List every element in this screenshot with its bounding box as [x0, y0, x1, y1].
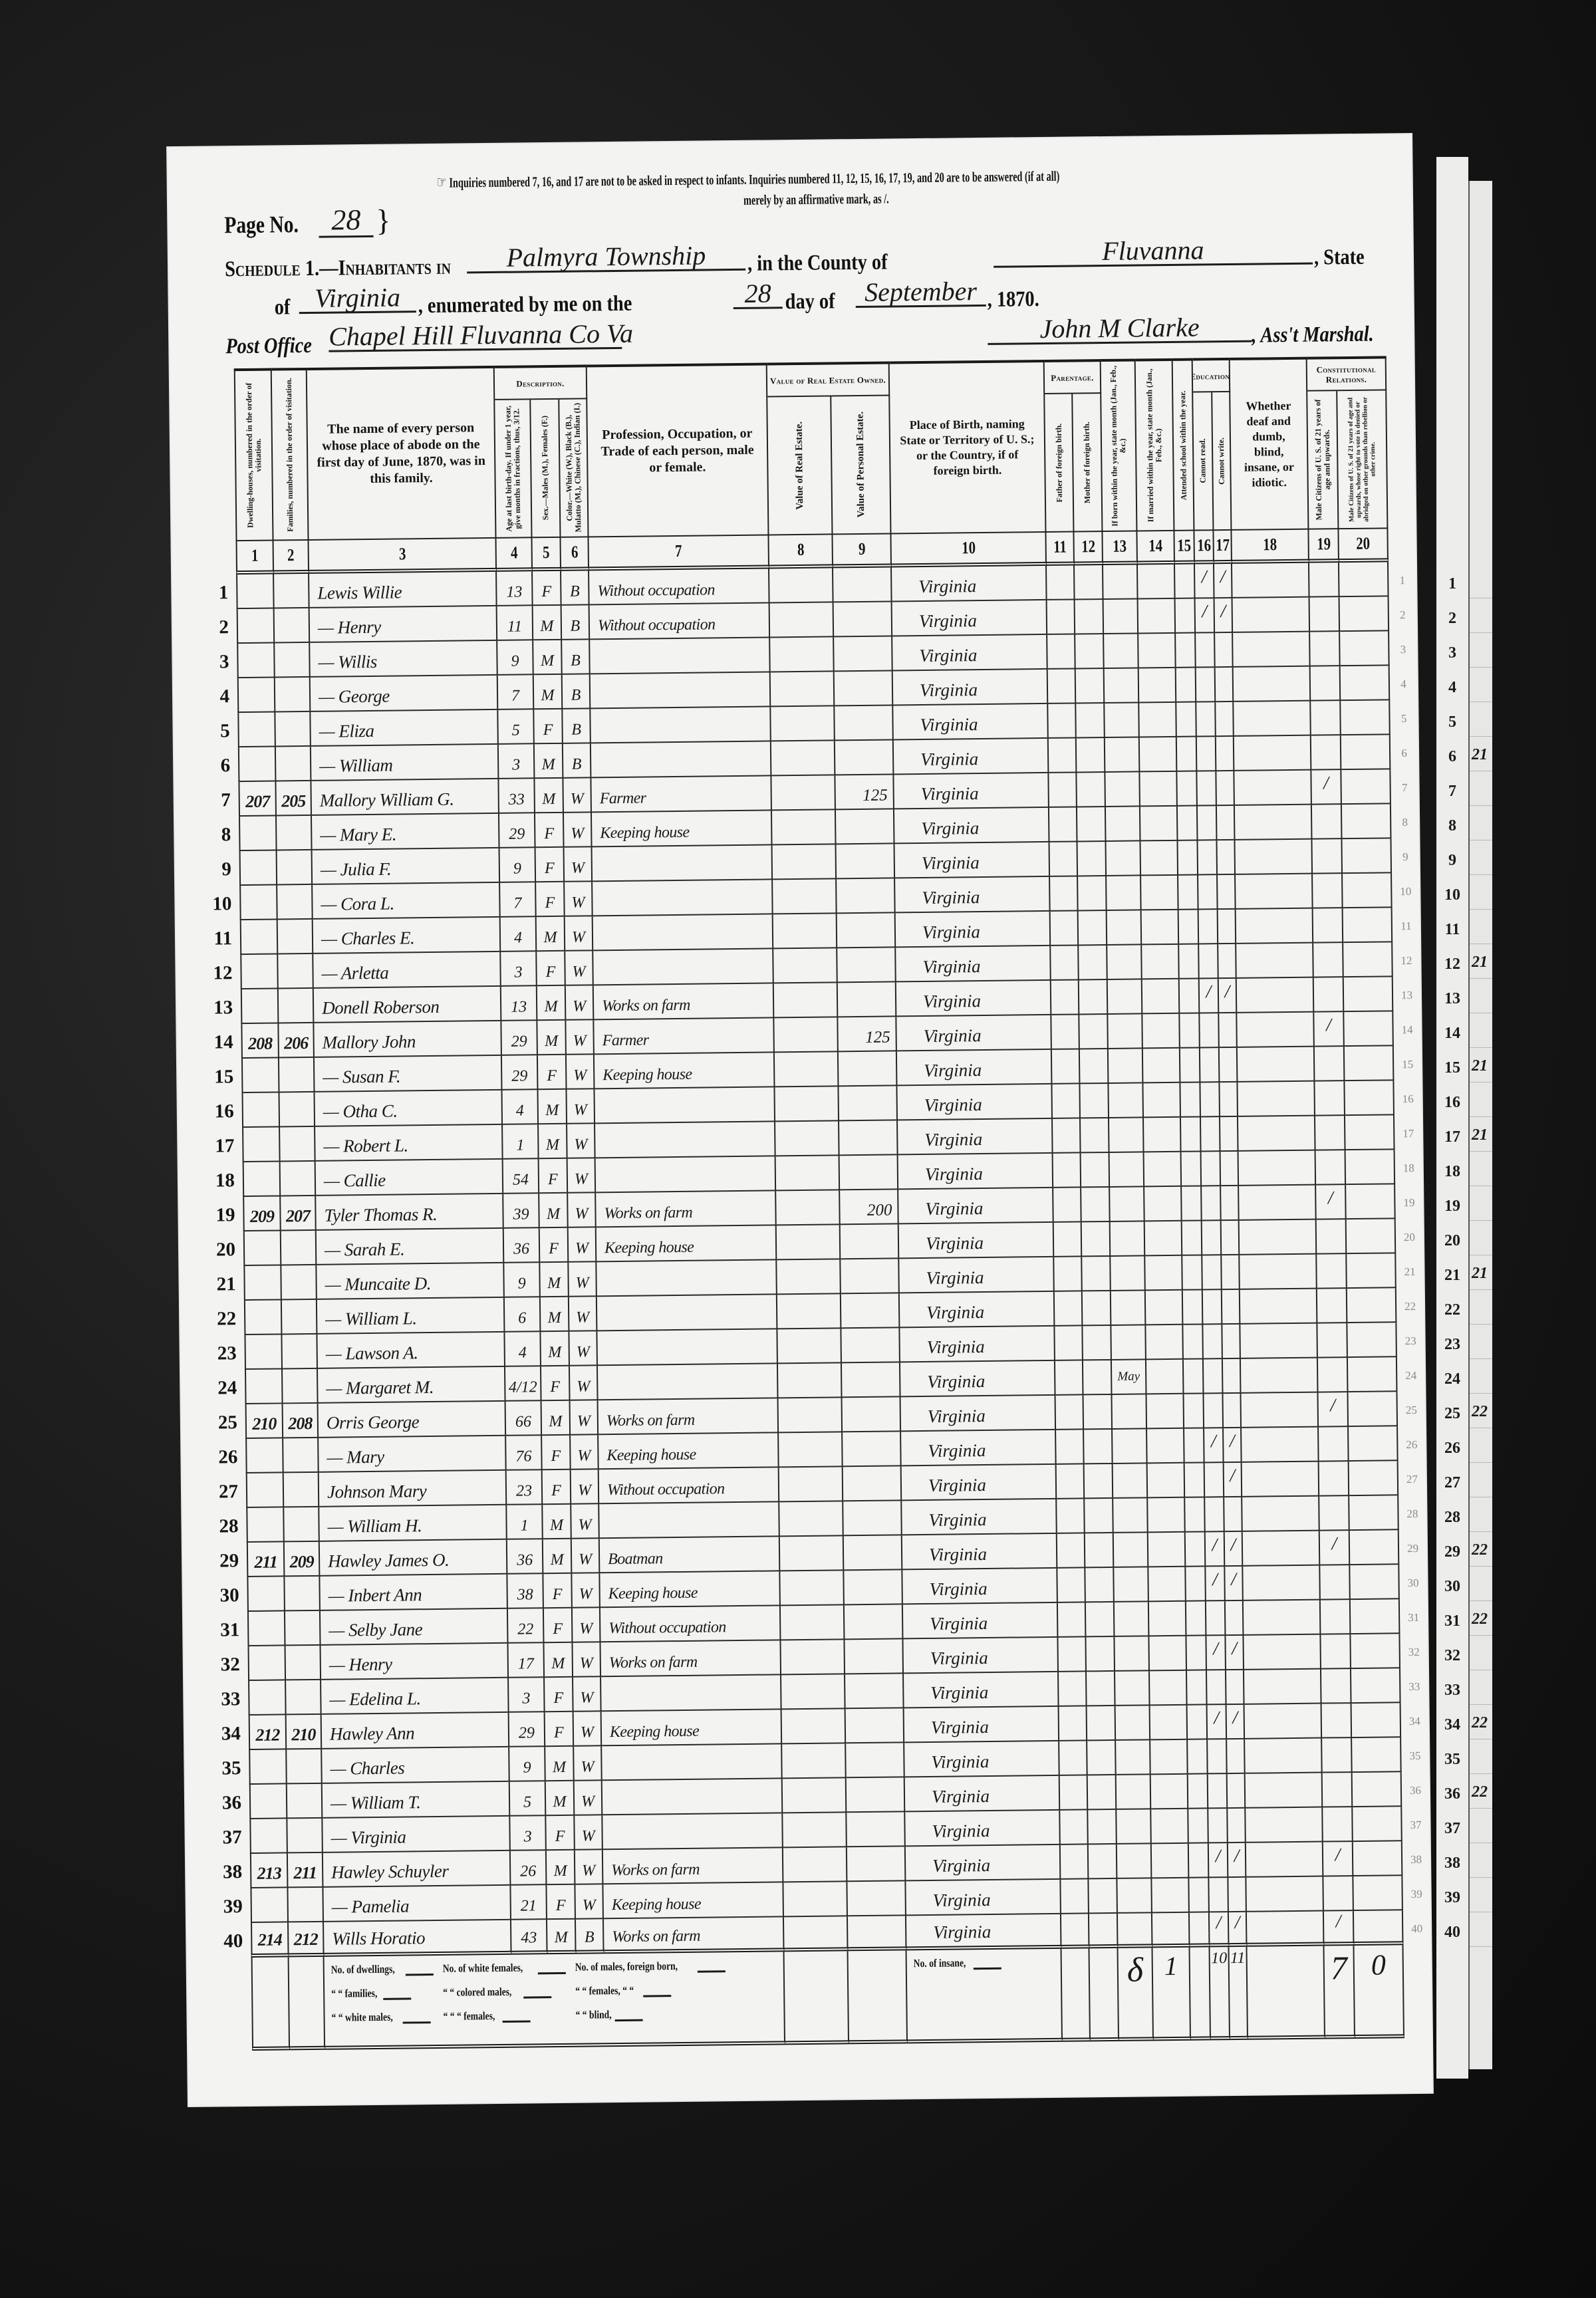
married-within-year-month	[1148, 1498, 1186, 1533]
cannot-read-mark	[1204, 1394, 1224, 1428]
dwelling-number	[240, 920, 279, 955]
col-number: 19	[1309, 529, 1339, 563]
adjacent-line-number: 3	[1436, 633, 1468, 668]
father-foreign-birth-mark	[1058, 1637, 1087, 1672]
col-17-header: Cannot write.	[1212, 392, 1232, 531]
summary-col-15	[1190, 1947, 1211, 2040]
real-estate-value	[781, 1674, 846, 1710]
township-field: Palmyra Township	[467, 240, 745, 274]
personal-estate-value	[835, 740, 894, 775]
sex: F	[546, 1816, 575, 1851]
place-of-birth: Virginia	[902, 1534, 1058, 1571]
age: 9	[500, 848, 537, 883]
colored-females-label: “ “ “ females,	[443, 2009, 495, 2023]
family-number	[285, 1577, 321, 1612]
mother-foreign-birth-mark	[1079, 980, 1109, 1015]
insane-label: No. of insane,	[914, 1956, 966, 1970]
color: W	[571, 1400, 599, 1435]
color: W	[571, 1435, 599, 1469]
line-number: 40	[188, 1923, 251, 1958]
born-within-year-month	[1115, 1671, 1150, 1706]
dwelling-number: 213	[250, 1853, 289, 1888]
line-number-right: 18	[1395, 1150, 1423, 1184]
adjacent-line-number: 15	[1436, 1048, 1468, 1083]
vote-denied-mark	[1341, 735, 1391, 770]
col-number: 13	[1103, 531, 1138, 565]
born-within-year-month	[1105, 668, 1140, 703]
vote-denied-mark	[1352, 1737, 1402, 1773]
occupation	[595, 1087, 775, 1124]
line-number: 22	[181, 1301, 245, 1336]
personal-estate-value	[848, 1916, 907, 1951]
person-name: — Arletta	[313, 952, 501, 989]
age: 5	[510, 1781, 547, 1817]
personal-estate-value	[839, 1120, 898, 1156]
cannot-write-mark	[1217, 840, 1236, 875]
attended-school-mark	[1180, 1013, 1200, 1048]
attended-school-mark	[1187, 1670, 1208, 1705]
adjacent-line-number: 17	[1436, 1117, 1468, 1152]
place-of-birth: Virginia	[899, 1223, 1055, 1259]
adjacent-dwelling-fragment	[1470, 771, 1492, 806]
sex: F	[539, 1159, 569, 1194]
male-citizen-21-mark	[1319, 1462, 1350, 1496]
cannot-read-mark	[1202, 1255, 1222, 1290]
born-within-year-month	[1103, 565, 1138, 600]
tally-cannot-read: 10	[1210, 1950, 1228, 1968]
real-estate-value	[779, 1432, 843, 1468]
father-foreign-birth-mark	[1057, 1464, 1085, 1499]
vote-denied-mark	[1351, 1668, 1401, 1704]
male-citizen-21-mark	[1311, 701, 1341, 735]
occupation	[599, 1502, 780, 1539]
adjacent-line-number: 20	[1436, 1221, 1468, 1255]
dwelling-number	[243, 1162, 281, 1197]
line-number-right: 3	[1389, 631, 1417, 666]
mother-foreign-birth-mark	[1081, 1118, 1110, 1153]
state-field: Virginia	[299, 282, 416, 314]
cannot-read-mark	[1202, 1152, 1222, 1186]
mother-foreign-birth-mark	[1086, 1637, 1115, 1672]
dwelling-number	[249, 1784, 288, 1819]
married-within-year-month	[1150, 1740, 1188, 1775]
adjacent-dwelling-fragment: 21	[1470, 1048, 1492, 1083]
father-foreign-birth-mark	[1050, 842, 1079, 876]
marshal-signature: John M Clarke	[988, 312, 1252, 345]
sex: M	[541, 1297, 570, 1332]
married-within-year-month	[1139, 668, 1177, 703]
real-estate-group-header: Value of Real Estate Owned.	[767, 361, 890, 397]
schedule-label: Schedule 1.—Inhabitants in	[225, 255, 488, 282]
adjacent-line-number: 27	[1436, 1463, 1468, 1497]
col-number: 16	[1194, 531, 1214, 564]
personal-estate-value	[837, 844, 896, 879]
male-citizen-21-mark	[1317, 1254, 1347, 1289]
white-females-label: No. of white females,	[443, 1962, 523, 1976]
attended-school-mark	[1186, 1532, 1206, 1567]
line-number-right: 25	[1397, 1392, 1425, 1426]
line-number: 27	[183, 1473, 247, 1509]
family-number	[278, 954, 314, 989]
occupation: Keeping house	[603, 1882, 784, 1919]
cannot-read-mark: /	[1206, 1532, 1226, 1567]
adjacent-line-number: 25	[1436, 1394, 1468, 1428]
cannot-read-mark	[1205, 1463, 1225, 1497]
col-3-header: The name of every person whose place of …	[307, 366, 497, 541]
born-within-year-month	[1118, 1913, 1153, 1948]
sex: F	[547, 1885, 576, 1920]
cannot-write-mark	[1218, 875, 1236, 910]
real-estate-value	[773, 844, 837, 880]
cannot-write-mark	[1219, 1013, 1238, 1048]
line-number: 39	[187, 1888, 251, 1924]
person-name: — Charles	[322, 1747, 510, 1784]
dwelling-number	[243, 1265, 282, 1301]
mother-foreign-birth-mark	[1085, 1464, 1114, 1499]
adjacent-line-number: 22	[1436, 1290, 1468, 1325]
male-citizen-21-mark	[1316, 1150, 1347, 1185]
family-number: 210	[287, 1715, 323, 1750]
person-name: — Edelina L.	[321, 1678, 509, 1715]
real-estate-value	[782, 1709, 847, 1744]
adjacent-line-number: 1	[1436, 564, 1468, 598]
dwelling-number	[249, 1819, 288, 1854]
sex: M	[539, 1124, 568, 1159]
mother-foreign-birth-mark	[1079, 1015, 1109, 1049]
adjacent-line-number: 35	[1436, 1739, 1468, 1774]
disability-note	[1243, 1531, 1321, 1567]
adjacent-line-number: 11	[1436, 910, 1468, 944]
father-foreign-birth-mark	[1061, 1914, 1090, 1948]
real-estate-value	[777, 1329, 842, 1364]
cannot-read-mark	[1198, 875, 1218, 910]
place-of-birth: Virginia	[906, 1914, 1062, 1951]
person-name: — Mary E.	[312, 814, 500, 850]
blind-blank	[615, 2012, 643, 2021]
family-number	[286, 1680, 322, 1716]
adjacent-dwelling-fragment: 21	[1470, 944, 1492, 979]
married-within-year-month	[1140, 737, 1178, 773]
male-citizen-21-mark: /	[1320, 1531, 1351, 1565]
line-number: 7	[175, 782, 239, 817]
cannot-read-mark: /	[1195, 564, 1215, 598]
person-name: — Selby Jane	[321, 1609, 509, 1646]
father-foreign-birth-mark	[1052, 1084, 1081, 1118]
married-within-year-month	[1145, 1256, 1183, 1291]
age: 1	[503, 1124, 539, 1160]
enumeration-month-field: September	[855, 276, 986, 308]
dwelling-number: 208	[241, 1023, 279, 1059]
vote-denied-mark	[1346, 1184, 1396, 1219]
person-name: — Otha C.	[315, 1090, 503, 1127]
summary-col-17: 11	[1229, 1947, 1248, 2040]
line-number-right: 27	[1398, 1461, 1426, 1495]
mother-foreign-birth-mark	[1087, 1672, 1116, 1706]
father-foreign-birth-mark	[1049, 738, 1077, 773]
father-foreign-birth-mark	[1051, 1015, 1080, 1049]
born-within-year-month	[1106, 841, 1141, 876]
cannot-read-mark	[1201, 1117, 1221, 1152]
mother-foreign-birth-mark	[1078, 842, 1107, 876]
adjacent-dwelling-fragment	[1470, 1739, 1492, 1774]
mother-foreign-birth-mark	[1089, 1879, 1118, 1914]
color: W	[566, 1020, 595, 1055]
occupation	[601, 1675, 782, 1712]
attended-school-mark	[1182, 1255, 1203, 1290]
color: W	[566, 985, 595, 1020]
mother-foreign-birth-mark	[1087, 1706, 1117, 1741]
line-number-right: 24	[1397, 1357, 1425, 1392]
tally-born-within-year: δ	[1119, 1950, 1152, 1990]
disability-note	[1246, 1843, 1324, 1878]
father-foreign-birth-mark	[1055, 1360, 1084, 1395]
family-number: 205	[276, 781, 312, 817]
disability-note	[1247, 1912, 1325, 1947]
line-number: 8	[176, 817, 239, 852]
summary-block-dwellings: No. of dwellings, “ “ families, “ “ whit…	[331, 1962, 434, 2025]
line-number-right: 32	[1400, 1634, 1428, 1668]
disability-note	[1234, 667, 1311, 702]
disability-note	[1238, 1116, 1316, 1152]
color: W	[568, 1193, 597, 1227]
dwelling-number	[239, 850, 278, 886]
colored-females-blank	[503, 2013, 531, 2022]
adjacent-line-number: 14	[1436, 1013, 1468, 1048]
adjacent-dwelling-fragment	[1470, 1463, 1492, 1497]
person-name: — Susan F.	[315, 1056, 503, 1092]
real-estate-value	[771, 741, 836, 776]
col-4-header: Age at last birth-day. If under 1 year, …	[495, 400, 532, 539]
family-number	[277, 850, 313, 886]
family-number: 211	[288, 1853, 324, 1888]
real-estate-value	[770, 602, 835, 638]
mother-foreign-birth-mark	[1079, 946, 1108, 980]
color: B	[562, 640, 591, 674]
sex: M	[543, 1539, 573, 1574]
mother-foreign-birth-mark	[1080, 1084, 1109, 1118]
inquiries-note: ☞Inquiries numbered 7, 16, and 17 are no…	[437, 163, 1353, 192]
cannot-write-mark: /	[1224, 1428, 1242, 1463]
age: 3	[509, 1678, 545, 1713]
disability-note	[1243, 1566, 1321, 1601]
attended-school-mark	[1186, 1601, 1207, 1636]
cannot-read-mark	[1198, 840, 1218, 875]
line-number: 37	[186, 1819, 250, 1854]
sex: M	[546, 1781, 575, 1816]
color: W	[564, 813, 593, 847]
sex: F	[544, 1608, 573, 1643]
vote-denied-mark	[1354, 1910, 1404, 1946]
age: 36	[504, 1228, 541, 1263]
mother-foreign-birth-mark	[1081, 1153, 1111, 1188]
married-within-year-month	[1146, 1291, 1184, 1326]
disability-note	[1242, 1462, 1320, 1497]
insane-blank	[974, 1960, 1001, 1970]
color: W	[569, 1262, 597, 1297]
person-name: — Callie	[316, 1160, 504, 1196]
adjacent-line-number: 39	[1436, 1878, 1468, 1912]
born-within-year-month	[1115, 1602, 1150, 1637]
line-number: 38	[187, 1854, 251, 1889]
col-10-header: Place of Birth, naming State or Territor…	[890, 360, 1047, 535]
vote-denied-mark	[1348, 1392, 1398, 1427]
cannot-read-mark	[1199, 910, 1219, 944]
occupation: Boatman	[600, 1537, 781, 1573]
cannot-write-mark	[1220, 1117, 1239, 1152]
place-of-birth: Virginia	[893, 704, 1049, 741]
cannot-write-mark	[1227, 1739, 1246, 1774]
disability-note	[1244, 1670, 1322, 1705]
real-estate-value	[781, 1640, 845, 1675]
male-citizen-21-mark	[1311, 666, 1341, 701]
attended-school-mark	[1183, 1290, 1204, 1325]
line-number-right: 12	[1393, 942, 1420, 977]
line-number: 32	[185, 1646, 249, 1682]
person-name: Donell Roberson	[314, 987, 502, 1023]
family-number: 207	[281, 1196, 317, 1231]
vote-denied-mark	[1341, 700, 1391, 735]
cannot-read-mark	[1198, 806, 1218, 840]
line-number: 17	[179, 1128, 243, 1163]
male-citizen-21-mark	[1310, 597, 1341, 632]
dwelling-number	[237, 609, 275, 644]
enumeration-day-field: 28	[733, 278, 782, 309]
cannot-write-mark	[1228, 1809, 1246, 1843]
mother-foreign-birth-mark	[1083, 1291, 1112, 1326]
color: W	[573, 1608, 601, 1642]
vote-denied-mark	[1347, 1288, 1397, 1323]
family-number	[280, 1127, 316, 1162]
color: W	[569, 1297, 598, 1331]
person-name: — Pamelia	[323, 1886, 511, 1922]
summary-col-14: 1	[1153, 1948, 1192, 2041]
place-of-birth: Virginia	[897, 1050, 1053, 1086]
attended-school-mark	[1182, 1152, 1202, 1186]
line-number-right: 26	[1398, 1426, 1426, 1461]
line-number-right: 37	[1402, 1807, 1430, 1841]
adjacent-line-number: 29	[1436, 1532, 1468, 1567]
adjacent-dwelling-fragment	[1470, 1567, 1492, 1601]
male-citizen-21-mark: /	[1324, 1911, 1355, 1946]
father-foreign-birth-mark	[1056, 1430, 1085, 1464]
occupation	[593, 845, 773, 882]
occupation	[595, 1122, 776, 1158]
family-number	[275, 712, 311, 747]
attended-school-mark	[1178, 840, 1198, 875]
adjacent-line-number: 24	[1436, 1359, 1468, 1394]
male-citizen-21-mark	[1319, 1427, 1349, 1462]
line-number: 21	[180, 1266, 244, 1301]
adjacent-line-number: 4	[1436, 668, 1468, 702]
scan-background: 1 2 3 4 5 6 7 8 9 10 11 12 13 14 15	[0, 0, 1596, 2298]
age: 9	[504, 1263, 541, 1298]
tally-married-within-year: 1	[1153, 1950, 1190, 1982]
parentage-group-header: Parentage.	[1045, 359, 1102, 394]
place-of-birth: Virginia	[896, 912, 1051, 948]
census-rows: 1 Lewis Willie 13 F B Without occupation…	[173, 562, 1430, 1958]
vote-denied-mark	[1352, 1703, 1402, 1738]
disability-note	[1232, 563, 1310, 598]
person-name: — Eliza	[311, 710, 499, 747]
vote-denied-mark	[1344, 1011, 1394, 1047]
person-name: Tyler Thomas R.	[316, 1194, 504, 1231]
personal-estate-value	[845, 1639, 904, 1674]
col-number: 17	[1214, 531, 1232, 564]
adjacent-dwelling-fragment	[1470, 1186, 1492, 1221]
family-number: 212	[289, 1922, 325, 1958]
attended-school-mark	[1184, 1394, 1204, 1428]
attended-school-mark	[1175, 565, 1196, 599]
father-foreign-birth-mark	[1048, 703, 1077, 738]
col-9-header: Value of Personal Estate.	[831, 396, 891, 535]
color: W	[571, 1469, 600, 1504]
dwelling-number: 210	[245, 1404, 284, 1439]
cannot-write-mark	[1220, 1048, 1238, 1083]
disability-note	[1235, 840, 1313, 875]
occupation: Keeping house	[600, 1571, 781, 1608]
day-of-label: day of	[785, 289, 843, 315]
line-number: 3	[174, 644, 237, 679]
male-citizen-21-mark: /	[1323, 1842, 1354, 1876]
born-within-year-month	[1117, 1844, 1152, 1879]
married-within-year-month	[1144, 1187, 1182, 1222]
place-of-birth: Virginia	[892, 600, 1048, 637]
line-number: 19	[180, 1197, 243, 1232]
place-of-birth: Virginia	[896, 1015, 1052, 1052]
real-estate-value	[781, 1605, 845, 1640]
disability-note	[1234, 736, 1312, 771]
age: 11	[497, 606, 534, 641]
mother-foreign-birth-mark	[1077, 773, 1106, 807]
color: W	[563, 778, 592, 813]
sex: M	[539, 1194, 569, 1228]
father-foreign-birth-mark	[1051, 980, 1080, 1015]
male-citizen-21-mark	[1313, 908, 1344, 943]
personal-estate-value	[840, 1155, 899, 1190]
occupation	[602, 1813, 783, 1850]
summary-col-8	[785, 1951, 850, 2045]
personal-estate-value	[836, 809, 895, 844]
dwelling-number	[238, 747, 277, 782]
married-within-year-month	[1146, 1325, 1184, 1360]
attended-school-mark	[1182, 1186, 1202, 1221]
sex: M	[542, 1401, 571, 1436]
male-citizen-21-mark	[1314, 977, 1345, 1012]
color: W	[572, 1539, 600, 1573]
color: W	[571, 1504, 600, 1539]
sex: M	[535, 779, 564, 813]
left-margin-summary	[188, 1958, 253, 2051]
col-16-header: Cannot read.	[1193, 392, 1214, 531]
real-estate-value	[774, 983, 839, 1018]
place-of-birth: Virginia	[896, 981, 1052, 1017]
col-number: 12	[1074, 532, 1103, 565]
col-number: 11	[1046, 532, 1075, 565]
born-within-year-month	[1110, 1152, 1145, 1188]
personal-estate-value	[833, 567, 892, 602]
occupation	[597, 1329, 778, 1366]
person-name: — William T.	[323, 1782, 511, 1819]
line-number: 11	[177, 920, 241, 956]
line-number-right: 19	[1395, 1184, 1423, 1219]
real-estate-value	[771, 672, 835, 707]
married-within-year-month	[1144, 1118, 1182, 1153]
color: W	[567, 1124, 596, 1158]
personal-estate-value	[842, 1362, 901, 1398]
born-within-year-month	[1109, 1049, 1144, 1084]
dwelling-number: 214	[251, 1922, 289, 1958]
male-citizen-21-mark	[1315, 1047, 1345, 1081]
